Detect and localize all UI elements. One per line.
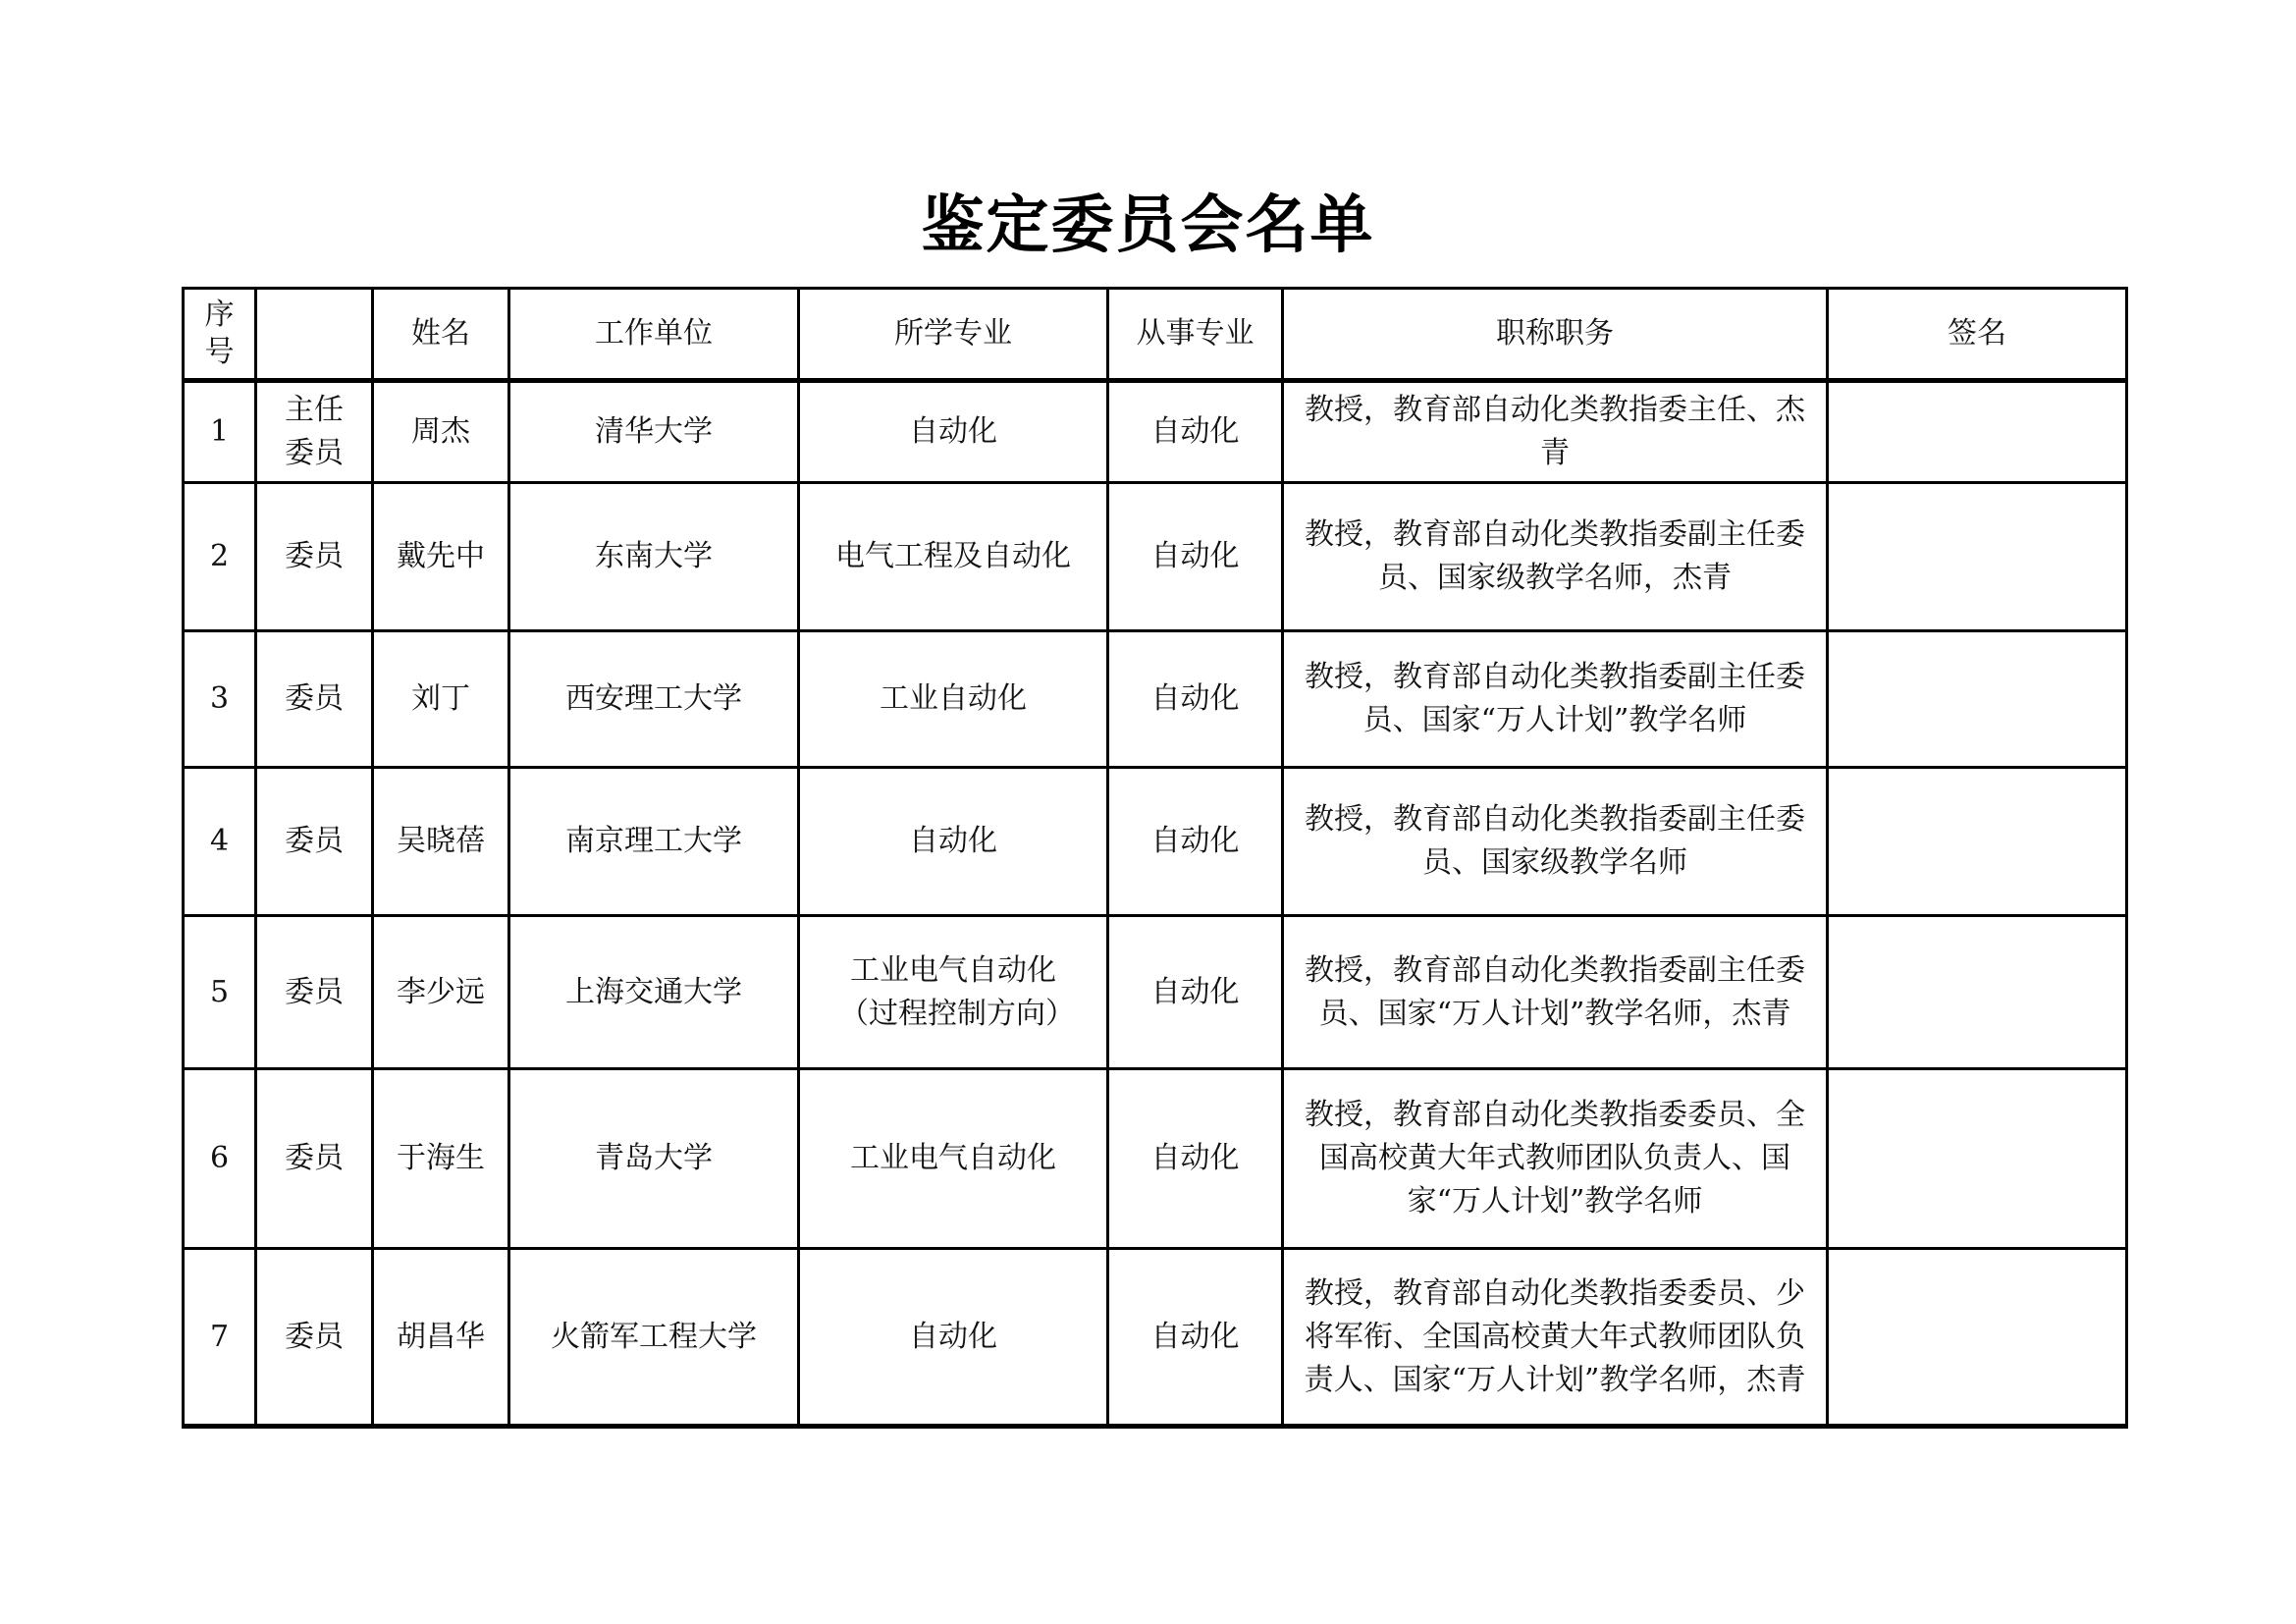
cell-unit: 青岛大学 xyxy=(509,1069,799,1249)
cell-working-field: 自动化 xyxy=(1108,768,1283,916)
cell-unit: 东南大学 xyxy=(509,483,799,631)
cell-unit: 上海交通大学 xyxy=(509,916,799,1069)
header-working-field: 从事专业 xyxy=(1108,289,1283,381)
cell-working-field: 自动化 xyxy=(1108,483,1283,631)
table-row: 3 委员 刘丁 西安理工大学 工业自动化 自动化 教授，教育部自动化类教指委副主… xyxy=(184,631,2127,768)
cell-unit: 火箭军工程大学 xyxy=(509,1249,799,1427)
cell-studied-major: 自动化 xyxy=(799,1249,1108,1427)
cell-working-field: 自动化 xyxy=(1108,1069,1283,1249)
header-signature: 签名 xyxy=(1828,289,2127,381)
header-index: 序号 xyxy=(184,289,256,381)
cell-signature[interactable] xyxy=(1828,916,2127,1069)
cell-role: 委员 xyxy=(256,1249,373,1427)
header-title-position: 职称职务 xyxy=(1283,289,1828,381)
cell-title-position: 教授，教育部自动化类教指委委员、全国高校黄大年式教师团队负责人、国家“万人计划”… xyxy=(1283,1069,1828,1249)
cell-signature[interactable] xyxy=(1828,483,2127,631)
cell-title-position: 教授，教育部自动化类教指委副主任委员、国家“万人计划”教学名师 xyxy=(1283,631,1828,768)
cell-name: 胡昌华 xyxy=(373,1249,509,1427)
cell-working-field: 自动化 xyxy=(1108,631,1283,768)
cell-unit: 南京理工大学 xyxy=(509,768,799,916)
table-row: 1 主任委员 周杰 清华大学 自动化 自动化 教授，教育部自动化类教指委主任、杰… xyxy=(184,381,2127,483)
cell-title-position: 教授，教育部自动化类教指委副主任委员、国家“万人计划”教学名师，杰青 xyxy=(1283,916,1828,1069)
cell-title-position: 教授，教育部自动化类教指委副主任委员、国家级教学名师 xyxy=(1283,768,1828,916)
cell-studied-major: 工业电气自动化（过程控制方向） xyxy=(799,916,1108,1069)
cell-role: 委员 xyxy=(256,916,373,1069)
cell-name: 戴先中 xyxy=(373,483,509,631)
table-row: 6 委员 于海生 青岛大学 工业电气自动化 自动化 教授，教育部自动化类教指委委… xyxy=(184,1069,2127,1249)
cell-index: 1 xyxy=(184,381,256,483)
cell-working-field: 自动化 xyxy=(1108,381,1283,483)
cell-working-field: 自动化 xyxy=(1108,1249,1283,1427)
header-role xyxy=(256,289,373,381)
cell-index: 7 xyxy=(184,1249,256,1427)
cell-studied-major: 自动化 xyxy=(799,381,1108,483)
cell-name: 吴晓蓓 xyxy=(373,768,509,916)
cell-working-field: 自动化 xyxy=(1108,916,1283,1069)
table-header-row: 序号 姓名 工作单位 所学专业 从事专业 职称职务 签名 xyxy=(184,289,2127,381)
committee-roster-table: 序号 姓名 工作单位 所学专业 从事专业 职称职务 签名 1 主任委员 周杰 清… xyxy=(182,287,2128,1429)
cell-name: 李少远 xyxy=(373,916,509,1069)
cell-role: 委员 xyxy=(256,768,373,916)
cell-signature[interactable] xyxy=(1828,1249,2127,1427)
cell-name: 于海生 xyxy=(373,1069,509,1249)
cell-unit: 西安理工大学 xyxy=(509,631,799,768)
cell-signature[interactable] xyxy=(1828,381,2127,483)
header-unit: 工作单位 xyxy=(509,289,799,381)
cell-role: 委员 xyxy=(256,631,373,768)
cell-studied-major: 电气工程及自动化 xyxy=(799,483,1108,631)
document-title: 鉴定委员会名单 xyxy=(0,177,2296,275)
cell-signature[interactable] xyxy=(1828,768,2127,916)
cell-index: 4 xyxy=(184,768,256,916)
header-name: 姓名 xyxy=(373,289,509,381)
header-studied-major: 所学专业 xyxy=(799,289,1108,381)
cell-index: 2 xyxy=(184,483,256,631)
cell-studied-major: 自动化 xyxy=(799,768,1108,916)
cell-studied-major: 工业自动化 xyxy=(799,631,1108,768)
cell-unit: 清华大学 xyxy=(509,381,799,483)
cell-index: 5 xyxy=(184,916,256,1069)
cell-name: 周杰 xyxy=(373,381,509,483)
cell-title-position: 教授，教育部自动化类教指委主任、杰青 xyxy=(1283,381,1828,483)
cell-role: 委员 xyxy=(256,483,373,631)
cell-name: 刘丁 xyxy=(373,631,509,768)
table-row: 4 委员 吴晓蓓 南京理工大学 自动化 自动化 教授，教育部自动化类教指委副主任… xyxy=(184,768,2127,916)
cell-index: 3 xyxy=(184,631,256,768)
cell-role: 主任委员 xyxy=(256,381,373,483)
cell-signature[interactable] xyxy=(1828,1069,2127,1249)
table-row: 5 委员 李少远 上海交通大学 工业电气自动化（过程控制方向） 自动化 教授，教… xyxy=(184,916,2127,1069)
cell-studied-major: 工业电气自动化 xyxy=(799,1069,1108,1249)
cell-signature[interactable] xyxy=(1828,631,2127,768)
cell-title-position: 教授，教育部自动化类教指委副主任委员、国家级教学名师，杰青 xyxy=(1283,483,1828,631)
cell-role: 委员 xyxy=(256,1069,373,1249)
cell-title-position: 教授，教育部自动化类教指委委员、少将军衔、全国高校黄大年式教师团队负责人、国家“… xyxy=(1283,1249,1828,1427)
table-row: 2 委员 戴先中 东南大学 电气工程及自动化 自动化 教授，教育部自动化类教指委… xyxy=(184,483,2127,631)
cell-index: 6 xyxy=(184,1069,256,1249)
table-row: 7 委员 胡昌华 火箭军工程大学 自动化 自动化 教授，教育部自动化类教指委委员… xyxy=(184,1249,2127,1427)
